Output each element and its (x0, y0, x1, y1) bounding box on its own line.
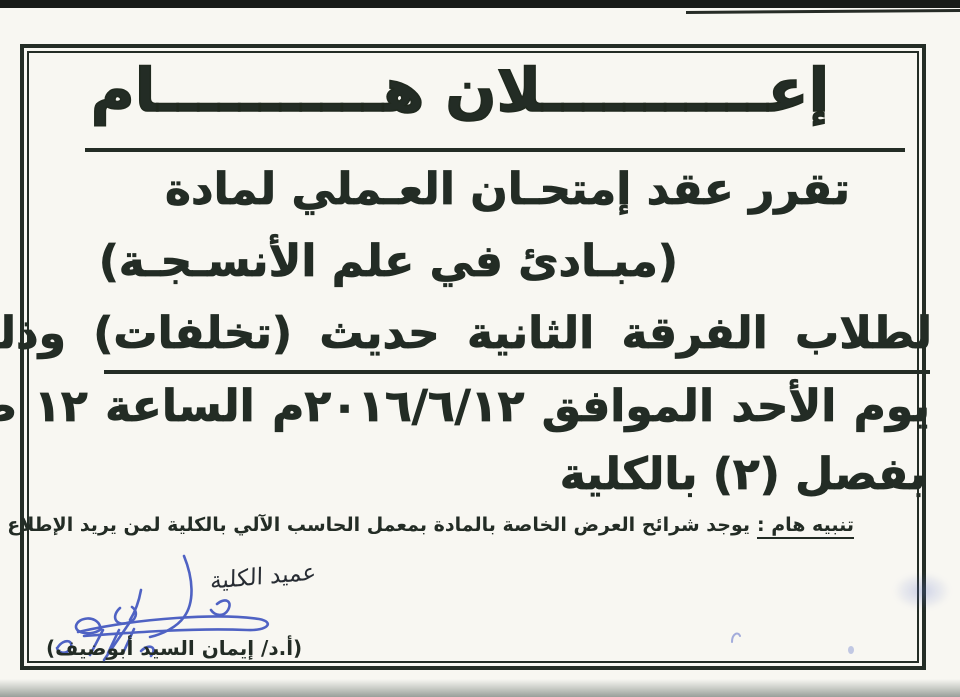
ink-dot (848, 646, 854, 654)
note-label: تنبيه هام : (757, 514, 854, 539)
scan-top-right-line (686, 9, 960, 14)
body-line-5-location: بفصل (٢) بالكلية (560, 445, 926, 504)
ink-mark-small (729, 628, 743, 644)
scan-top-edge (0, 0, 960, 8)
line3-underline (104, 370, 930, 374)
scan-bottom-edge (0, 679, 960, 697)
body-line-3-students: لطلاب الفرقة الثانية حديث (تخلفات) وذلك (0, 304, 932, 363)
important-note: تنبيه هام :يوجد شرائح العرض الخاصة بالما… (0, 514, 854, 539)
title-underline (85, 148, 905, 152)
note-text: يوجد شرائح العرض الخاصة بالمادة بمعمل ال… (0, 514, 750, 536)
body-line-1: تقرر عقد إمتحـان العـملي لمادة (165, 160, 850, 219)
body-line-4-date: يوم الأحد الموافق ٢٠١٦/٦/١٢م الساعة ١٢ ظ… (0, 377, 930, 436)
body-line-2-subject: (مبـادئ في علم الأنسـجـة) (99, 232, 678, 291)
ink-smudge-right (893, 572, 951, 610)
announcement-title: إعـــــــــــلان هـــــــــــام (30, 46, 890, 136)
signature-name: (أ.د/ إيمان السيد أبوضيف) (46, 636, 302, 660)
scanned-announcement-page: إعـــــــــــلان هـــــــــــام تقرر عقد… (0, 0, 960, 697)
